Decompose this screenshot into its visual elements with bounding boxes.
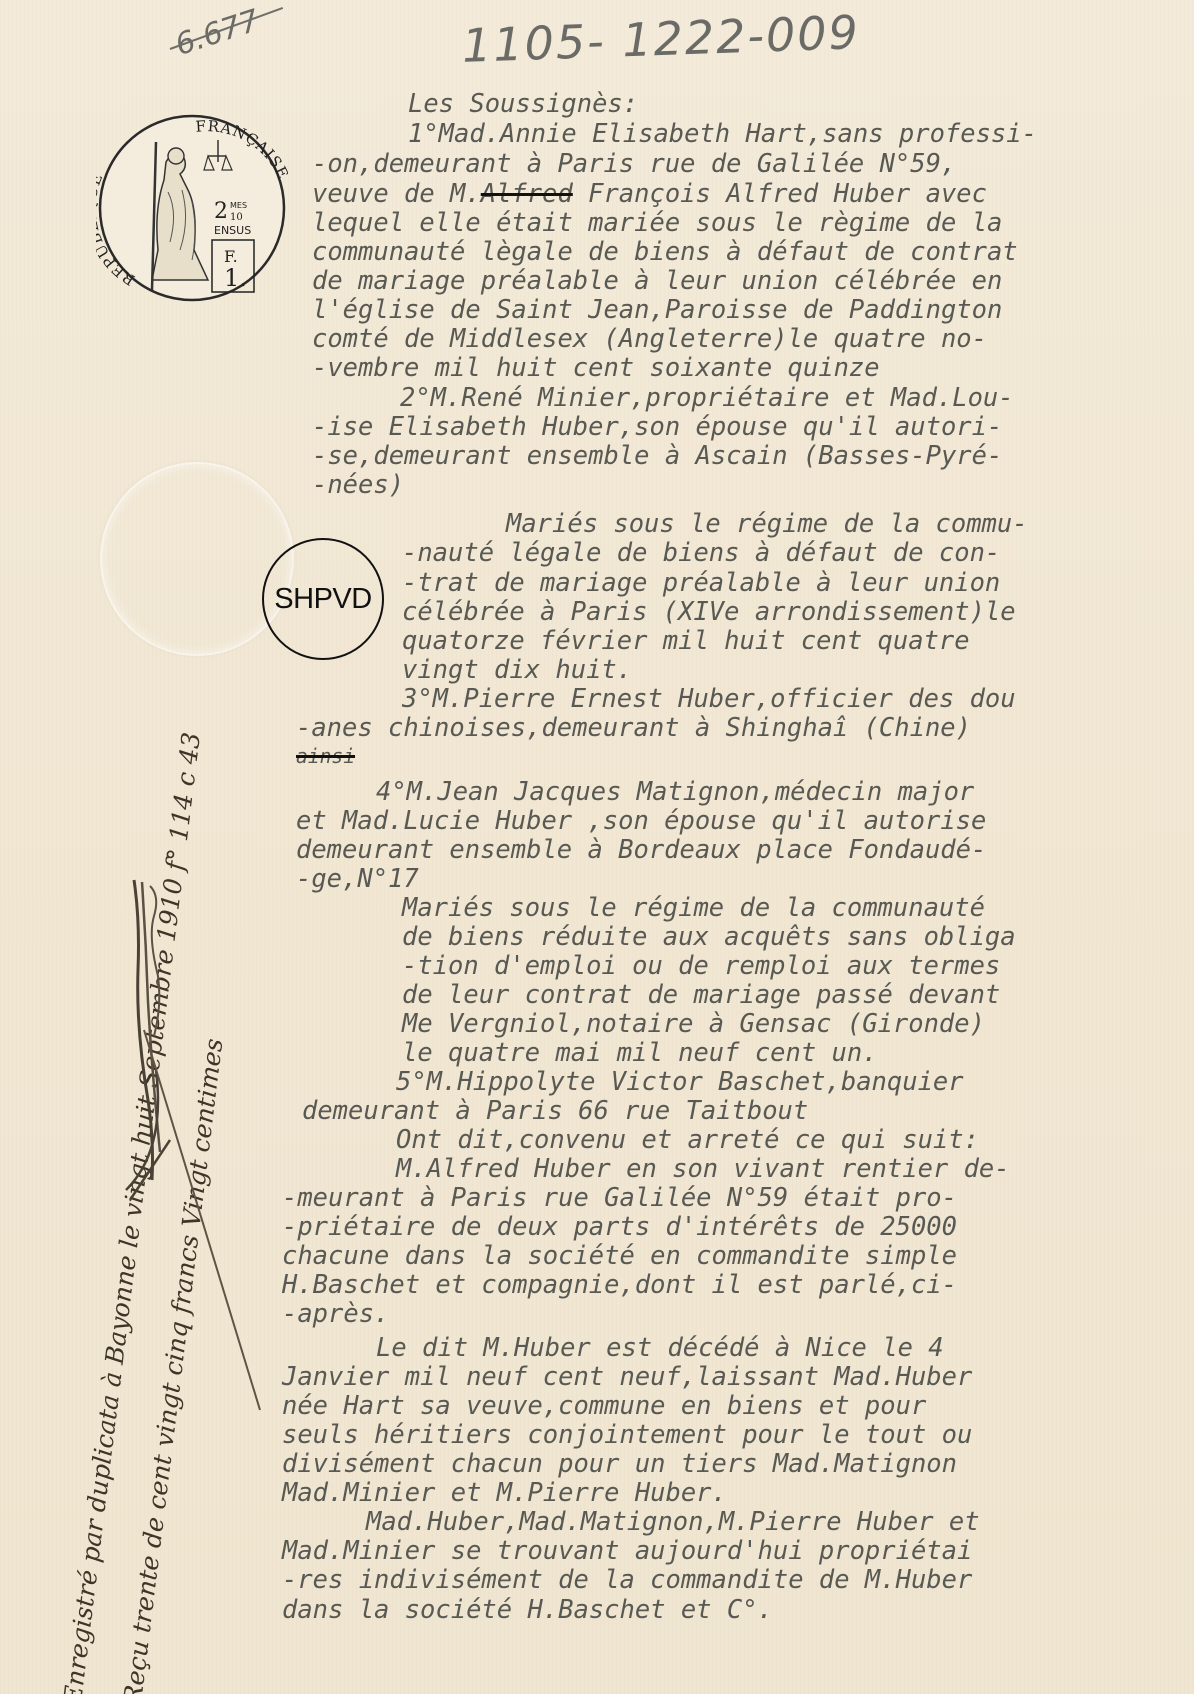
text-line: Mad.Huber,Mad.Matignon,M.Pierre Huber et (366, 1508, 980, 1536)
text-line: comté de Middlesex (Angleterre)le quatre… (312, 325, 987, 353)
text-line: et Mad.Lucie Huber ,son épouse qu'il aut… (296, 807, 986, 835)
stamp-fraction: 2 (214, 199, 228, 224)
text-line: -res indivisément de la commandite de M.… (282, 1566, 972, 1594)
text-line: -nauté légale de biens à défaut de con- (402, 539, 1000, 567)
text-line: Me Vergniol,notaire à Gensac (Gironde) (402, 1010, 985, 1038)
stamp-fraction-bottom: 10 (230, 212, 243, 223)
text-line: Mariés sous le régime de la commu- (506, 510, 1028, 538)
scan-border-bottom (0, 1694, 1200, 1702)
text-line: 4°M.Jean Jacques Matignon,médecin major (376, 778, 974, 806)
text-line: divisément chacun pour un tiers Mad.Mati… (282, 1450, 957, 1478)
text-line: -se,demeurant ensemble à Ascain (Basses-… (312, 442, 1002, 470)
text-line: veuve de M.Alfred François Alfred Huber … (312, 180, 987, 208)
text-line: demeurant ensemble à Bordeaux place Fond… (296, 836, 986, 864)
text-line: -priétaire de deux parts d'intérêts de 2… (282, 1213, 957, 1241)
text-line: lequel elle était mariée sous le règime … (312, 209, 1002, 237)
text-line: M.Alfred Huber en son vivant rentier de- (396, 1155, 1010, 1183)
struck-word: Alfred (481, 179, 573, 209)
text-line: dans la société H.Baschet et C°. (282, 1596, 773, 1624)
document-page: 6.677 1105- 1222-009 REPUBLIQUE FRANÇAIS… (0, 0, 1200, 1702)
pencil-reference-left: 6.677 (171, 3, 264, 63)
text-line: -tion d'emploi ou de remploi aux termes (402, 952, 1000, 980)
text-line: -on,demeurant à Paris rue de Galilée N°5… (312, 150, 956, 178)
text-line: 5°M.Hippolyte Victor Baschet,banquier (396, 1068, 964, 1096)
stamp-ensus: ENSUS (214, 224, 251, 237)
text-line: H.Baschet et compagnie,dont il est parlé… (282, 1271, 957, 1299)
text-line: célébrée à Paris (XIVe arrondissement)le (402, 598, 1016, 626)
text-line: Les Soussignès: (408, 90, 638, 118)
text-line: le quatre mai mil neuf cent un. (402, 1039, 878, 1067)
scan-border-right (1194, 0, 1200, 1702)
text-line: -vembre mil huit cent soixante quinze (312, 354, 880, 382)
embossed-seal (100, 462, 294, 656)
text-line: de mariage préalable à leur union célébr… (312, 267, 1002, 295)
text-line: -ge,N°17 (296, 865, 419, 893)
stamp-fraction-top: MES (230, 201, 247, 210)
text-line: Janvier mil neuf cent neuf,laissant Mad.… (282, 1363, 972, 1391)
text-line: -ise Elisabeth Huber,son épouse qu'il au… (312, 413, 1002, 441)
struck-word: ainsi (296, 742, 355, 770)
text-line: quatorze février mil huit cent quatre (402, 627, 970, 655)
text-line: -nées) (312, 471, 404, 499)
text-line: Le dit M.Huber est décédé à Nice le 4 (376, 1334, 944, 1362)
text-line: -anes chinoises,demeurant à Shinghaî (Ch… (296, 714, 971, 742)
text-line: -meurant à Paris rue Galilée N°59 était … (282, 1184, 957, 1212)
text-line: Mad.Minier et M.Pierre Huber. (282, 1479, 727, 1507)
text-line: Ont dit,convenu et arreté ce qui suit: (396, 1126, 979, 1154)
text-line: née Hart sa veuve,commune en biens et po… (282, 1392, 926, 1420)
text-line: 3°M.Pierre Ernest Huber,officier des dou (402, 685, 1016, 713)
text-line: vingt dix huit. (402, 656, 632, 684)
text-line: chacune dans la société en commandite si… (282, 1242, 957, 1270)
text-line: -après. (282, 1300, 389, 1328)
text-line: communauté lègale de biens à défaut de c… (312, 238, 1018, 266)
text-line: -trat de mariage préalable à leur union (402, 569, 1000, 597)
text-line: de biens réduite aux acquêts sans obliga (402, 923, 1016, 951)
text-line: 1°Mad.Annie Elisabeth Hart,sans professi… (408, 120, 1037, 148)
text-line: Mariés sous le régime de la communauté (402, 894, 985, 922)
pencil-reference-top: 1105- 1222-009 (461, 5, 860, 73)
text-line: 2°M.René Minier,propriétaire et Mad.Lou- (400, 384, 1014, 412)
text-line: Mad.Minier se trouvant aujourd'hui propr… (282, 1537, 972, 1565)
text-line: de leur contrat de mariage passé devant (402, 981, 1000, 1009)
archive-stamp: SHPVD (262, 538, 384, 660)
text-line: demeurant à Paris 66 rue Taitbout (302, 1097, 808, 1125)
republique-francaise-tax-stamp-icon: REPUBLIQUE FRANÇAISE 2 MES 10 ENSUS F. 1… (96, 112, 288, 304)
text-line: l'église de Saint Jean,Paroisse de Paddi… (312, 296, 1002, 324)
text-line: seuls héritiers conjointement pour le to… (282, 1421, 972, 1449)
signature-icon (120, 870, 280, 1430)
stamp-value-number: 1. (224, 264, 247, 292)
